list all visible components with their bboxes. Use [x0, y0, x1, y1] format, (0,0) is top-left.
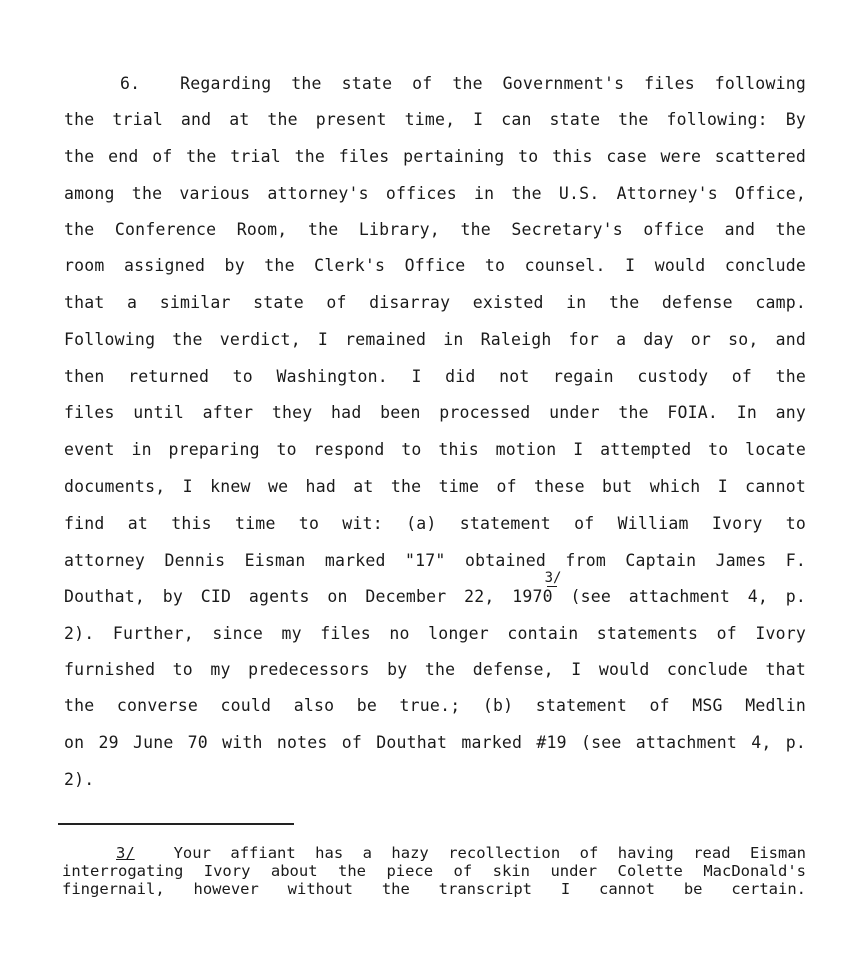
- body-line: find at this time to wit: (a) statement …: [64, 514, 806, 534]
- footnote-line: fingernail, however without the transcri…: [62, 880, 806, 898]
- footnote-reference[interactable]: 03/: [543, 587, 553, 607]
- body-line: files until after they had been processe…: [64, 403, 806, 423]
- body-line: 2).: [64, 770, 806, 790]
- footnote-line: interrogating Ivory about the piece of s…: [62, 862, 806, 880]
- body-line: 6. Regarding the state of the Government…: [120, 74, 806, 94]
- footnote-line: 3/ Your affiant has a hazy recollection …: [116, 844, 806, 862]
- body-line-with-footnote-ref: Douthat, by CID agents on December 22, 1…: [64, 587, 806, 607]
- body-line: on 29 June 70 with notes of Douthat mark…: [64, 733, 806, 753]
- body-line: the converse could also be true.; (b) st…: [64, 696, 806, 716]
- body-line: the Conference Room, the Library, the Se…: [64, 220, 806, 240]
- body-line: furnished to my predecessors by the defe…: [64, 660, 806, 680]
- body-line: attorney Dennis Eisman marked "17" obtai…: [64, 551, 806, 571]
- footnote-marker: 3/: [116, 844, 135, 862]
- footnote-ref-underline: [547, 586, 557, 587]
- paragraph-number: 6.: [120, 74, 140, 93]
- body-line: 2). Further, since my files no longer co…: [64, 624, 806, 644]
- document-page: 6. Regarding the state of the Government…: [0, 0, 860, 969]
- body-line: then returned to Washington. I did not r…: [64, 367, 806, 387]
- body-line: the end of the trial the files pertainin…: [64, 147, 806, 167]
- body-line: documents, I knew we had at the time of …: [64, 477, 806, 497]
- body-line: the trial and at the present time, I can…: [64, 110, 806, 130]
- body-line: event in preparing to respond to this mo…: [64, 440, 806, 460]
- footnote-separator: [58, 823, 294, 825]
- body-line: among the various attorney's offices in …: [64, 184, 806, 204]
- body-line: room assigned by the Clerk's Office to c…: [64, 256, 806, 276]
- body-line: Following the verdict, I remained in Ral…: [64, 330, 806, 350]
- body-line: that a similar state of disarray existed…: [64, 293, 806, 313]
- footnote-ref-marker: 3/: [545, 568, 562, 588]
